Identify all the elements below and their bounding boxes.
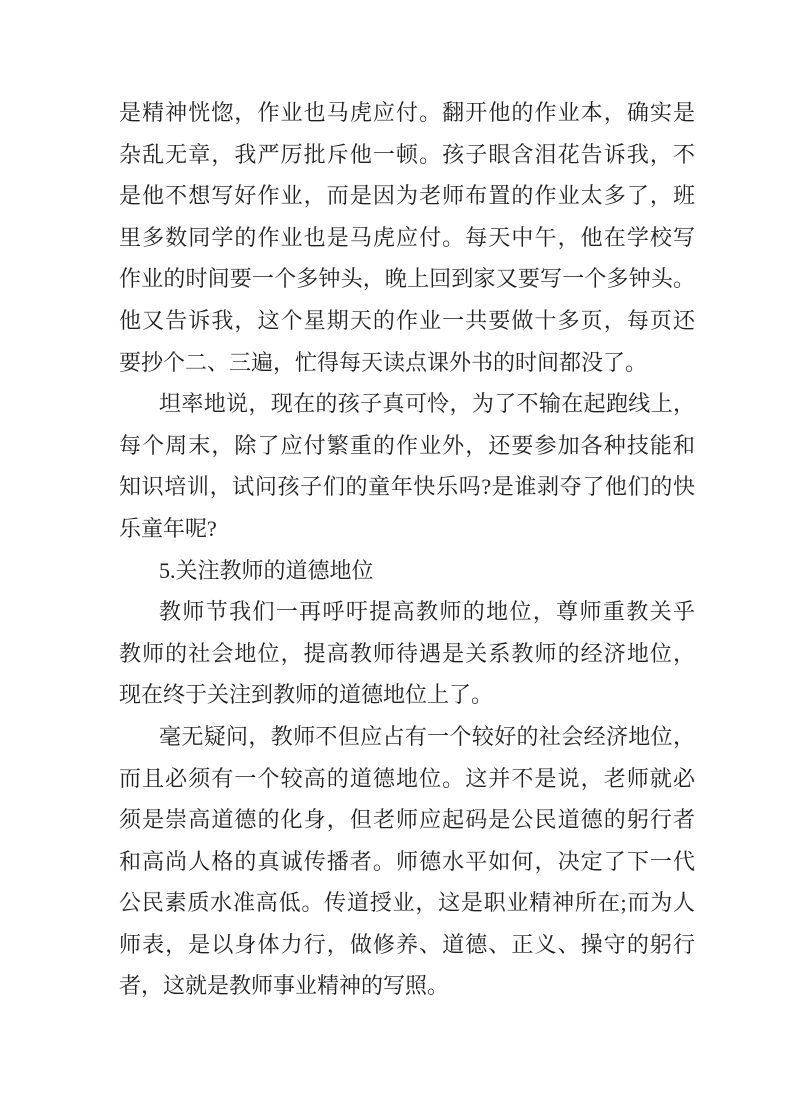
text-line: 知识培训，试问孩子们的童年快乐吗?是谁剥夺了他们的快	[119, 466, 695, 508]
text-line: 而且必须有一个较高的道德地位。这并不是说，老师就必	[119, 758, 695, 800]
paragraph: 毫无疑问，教师不但应占有一个较好的社会经济地位，而且必须有一个较高的道德地位。这…	[119, 716, 695, 1007]
text-line: 教师的社会地位，提高教师待遇是关系教师的经济地位，	[119, 633, 695, 675]
text-line: 要抄个二、三遍，忙得每天读点课外书的时间都没了。	[119, 342, 695, 384]
paragraph: 坦率地说，现在的孩子真可怜，为了不输在起跑线上，每个周末，除了应付繁重的作业外，…	[119, 383, 695, 549]
document-text-block: 是精神恍惚，作业也马虎应付。翻开他的作业本，确实是杂乱无章，我严厉批斥他一顿。孩…	[119, 92, 695, 1007]
paragraph: 是精神恍惚，作业也马虎应付。翻开他的作业本，确实是杂乱无章，我严厉批斥他一顿。孩…	[119, 92, 695, 383]
text-line: 和高尚人格的真诚传播者。师德水平如何，决定了下一代	[119, 841, 695, 883]
section-heading-5: 5.关注教师的道德地位	[119, 550, 695, 592]
text-line: 杂乱无章，我严厉批斥他一顿。孩子眼含泪花告诉我，不	[119, 134, 695, 176]
text-line: 作业的时间要一个多钟头，晚上回到家又要写一个多钟头。	[119, 258, 695, 300]
text-line: 是他不想写好作业，而是因为老师布置的作业太多了，班	[119, 175, 695, 217]
text-line: 他又告诉我，这个星期天的作业一共要做十多页，每页还	[119, 300, 695, 342]
text-line: 师表，是以身体力行，做修养、道德、正义、操守的躬行	[119, 924, 695, 966]
text-line: 者，这就是教师事业精神的写照。	[119, 965, 695, 1007]
text-line: 现在终于关注到教师的道德地位上了。	[119, 674, 695, 716]
text-line: 教师节我们一再呼吁提高教师的地位，尊师重教关乎	[119, 591, 695, 633]
section-heading-line: 5.关注教师的道德地位	[119, 550, 695, 592]
text-line: 是精神恍惚，作业也马虎应付。翻开他的作业本，确实是	[119, 92, 695, 134]
text-line: 公民素质水准高低。传道授业，这是职业精神所在;而为人	[119, 882, 695, 924]
paragraph: 教师节我们一再呼吁提高教师的地位，尊师重教关乎教师的社会地位，提高教师待遇是关系…	[119, 591, 695, 716]
text-line: 里多数同学的作业也是马虎应付。每天中午，他在学校写	[119, 217, 695, 259]
text-line: 乐童年呢?	[119, 508, 695, 550]
text-line: 每个周末，除了应付繁重的作业外，还要参加各种技能和	[119, 425, 695, 467]
text-line: 须是崇高道德的化身，但老师应起码是公民道德的躬行者	[119, 799, 695, 841]
text-line: 坦率地说，现在的孩子真可怜，为了不输在起跑线上，	[119, 383, 695, 425]
text-line: 毫无疑问，教师不但应占有一个较好的社会经济地位，	[119, 716, 695, 758]
document-page: 是精神恍惚，作业也马虎应付。翻开他的作业本，确实是杂乱无章，我严厉批斥他一顿。孩…	[0, 0, 792, 1120]
